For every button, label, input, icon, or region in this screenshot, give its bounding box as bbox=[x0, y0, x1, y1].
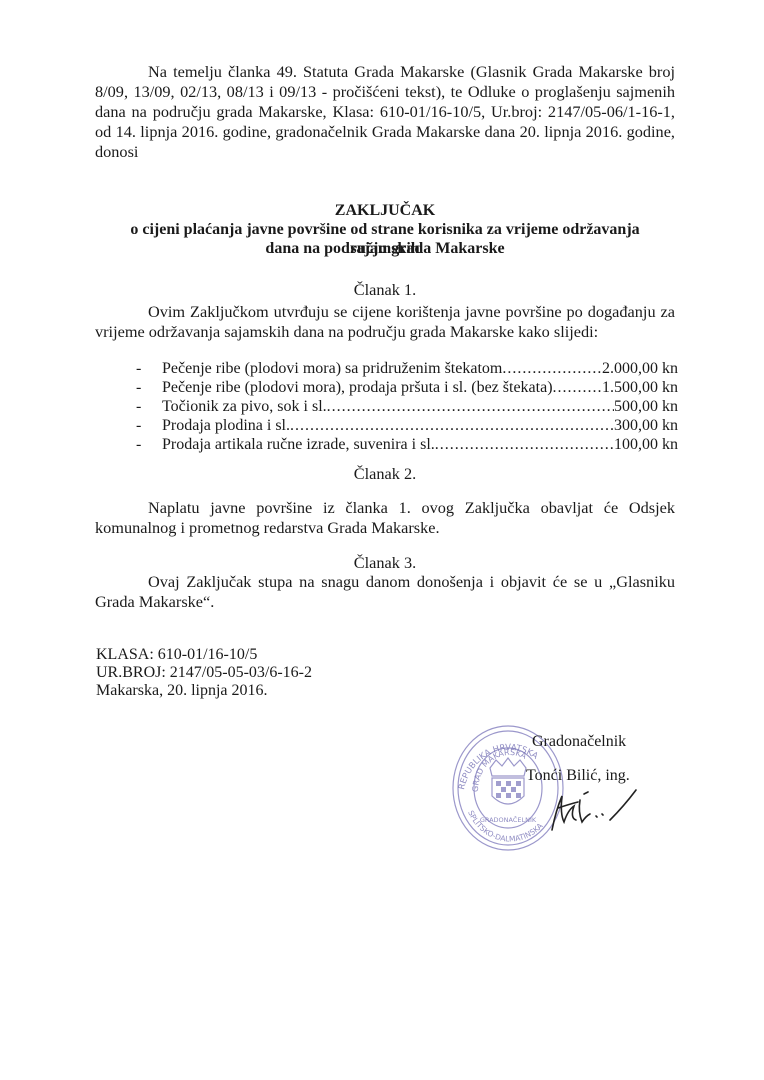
article-2-heading: Članak 2. bbox=[95, 464, 675, 484]
preamble-paragraph: Na temelju članka 49. Statuta Grada Maka… bbox=[95, 62, 675, 162]
price-item-value: 100,00 kn bbox=[614, 435, 678, 454]
klasa-line: KLASA: 610-01/16-10/5 bbox=[96, 646, 257, 664]
price-item-label: Točionik za pivo, sok i sl. bbox=[162, 397, 327, 416]
price-item-label: Pečenje ribe (plodovi mora) sa pridružen… bbox=[162, 359, 502, 378]
list-bullet: - bbox=[130, 416, 162, 435]
document-page: Na temelju članka 49. Statuta Grada Maka… bbox=[0, 0, 764, 1080]
document-title: ZAKLJUČAK bbox=[95, 201, 675, 220]
article-1-intro: Ovim Zaključkom utvrđuju se cijene koriš… bbox=[95, 302, 675, 342]
leader-dots bbox=[502, 359, 602, 378]
price-list: -Pečenje ribe (plodovi mora) sa pridruže… bbox=[130, 359, 678, 454]
price-list-item: -Pečenje ribe (plodovi mora) sa pridruže… bbox=[130, 359, 678, 378]
price-list-item: -Pečenje ribe (plodovi mora), prodaja pr… bbox=[130, 378, 678, 397]
price-item-label: Prodaja plodina i sl. bbox=[162, 416, 290, 435]
list-bullet: - bbox=[130, 397, 162, 416]
leader-dots bbox=[553, 378, 602, 397]
list-bullet: - bbox=[130, 435, 162, 454]
price-list-item: -Točionik za pivo, sok i sl. 500,00 kn bbox=[130, 397, 678, 416]
svg-text:GRADONAČELNIK: GRADONAČELNIK bbox=[480, 815, 537, 824]
signatory-role: Gradonačelnik bbox=[532, 732, 626, 752]
urbroj-line: UR.BROJ: 2147/05-05-03/6-16-2 bbox=[96, 664, 312, 682]
leader-dots bbox=[435, 435, 614, 454]
list-bullet: - bbox=[130, 378, 162, 397]
article-3-heading: Članak 3. bbox=[95, 553, 675, 573]
handwritten-signature-icon bbox=[548, 786, 638, 836]
price-item-label: Prodaja artikala ručne izrade, suvenira … bbox=[162, 435, 435, 454]
document-subtitle-line-2: dana na području grada Makarske bbox=[95, 239, 675, 258]
list-bullet: - bbox=[130, 359, 162, 378]
price-list-item: -Prodaja artikala ručne izrade, suvenira… bbox=[130, 435, 678, 454]
leader-dots bbox=[290, 416, 614, 435]
price-item-label: Pečenje ribe (plodovi mora), prodaja prš… bbox=[162, 378, 553, 397]
leader-dots bbox=[327, 397, 614, 416]
article-1-heading: Članak 1. bbox=[95, 280, 675, 300]
price-item-value: 2.000,00 kn bbox=[602, 359, 678, 378]
article-2-text: Naplatu javne površine iz članka 1. ovog… bbox=[95, 498, 675, 538]
price-item-value: 1.500,00 kn bbox=[602, 378, 678, 397]
price-item-value: 300,00 kn bbox=[614, 416, 678, 435]
article-3-text: Ovaj Zaključak stupa na snagu danom dono… bbox=[95, 572, 675, 612]
price-item-value: 500,00 kn bbox=[614, 397, 678, 416]
place-date-line: Makarska, 20. lipnja 2016. bbox=[96, 682, 268, 700]
price-list-item: -Prodaja plodina i sl. 300,00 kn bbox=[130, 416, 678, 435]
signatory-name: Tonći Bilić, ing. bbox=[526, 766, 630, 786]
